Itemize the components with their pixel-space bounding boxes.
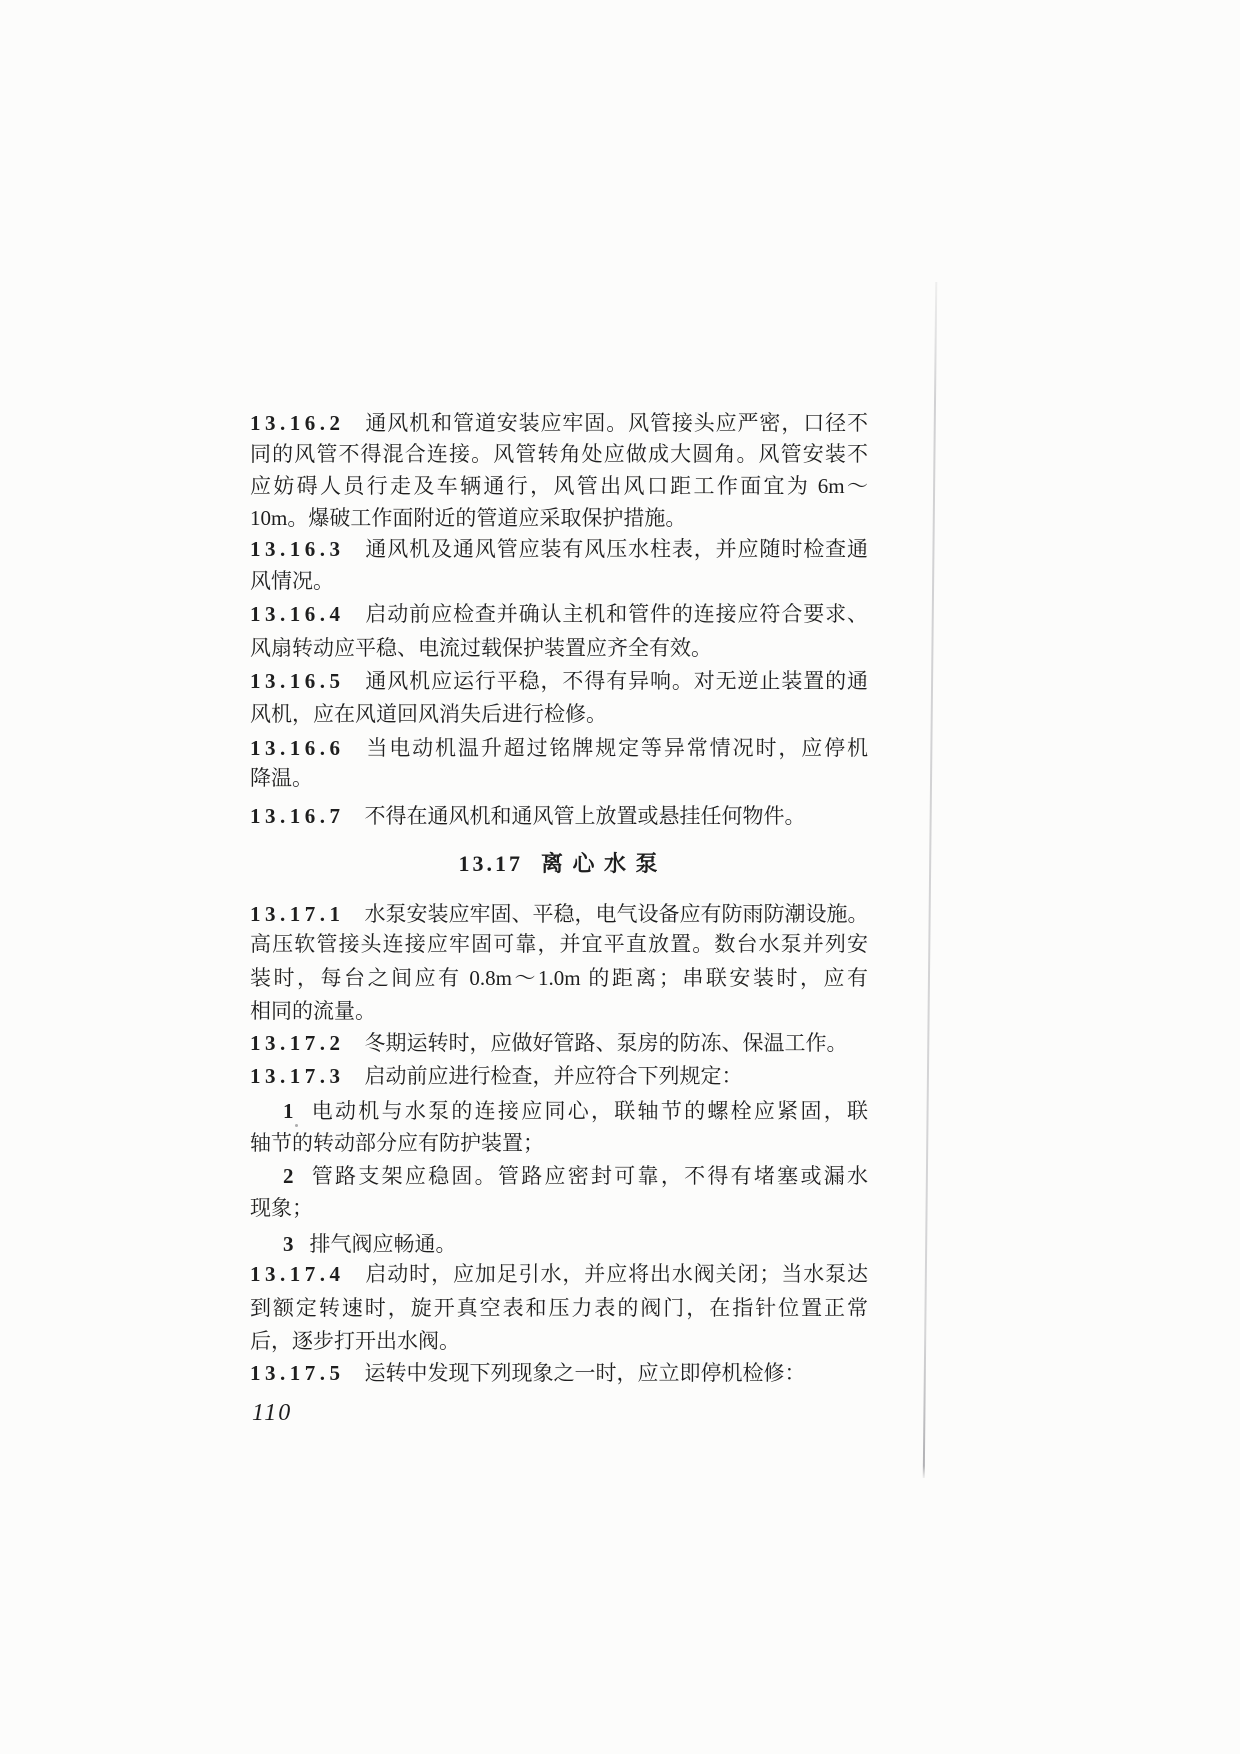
text-line: 13.17.4启动时，应加足引水，并应将出水阀关闭；当水泵达 (250, 1258, 868, 1290)
clause-number: 13.17.2 (250, 1031, 345, 1055)
clause-text: 装时，每台之间应有 0.8m～1.0m 的距离；串联安装时，应有 (250, 966, 868, 990)
text-line: 13.17.2冬期运转时，应做好管路、泵房的防冻、保温工作。 (250, 1027, 868, 1059)
section-heading-title: 离 心 水 泵 (541, 851, 660, 876)
clause-text: 10m。爆破工作面附近的管道应采取保护措施。 (250, 506, 686, 530)
text-line: 2管路支架应稳固。管路应密封可靠，不得有堵塞或漏水 (250, 1160, 868, 1192)
clause-text: 管路支架应稳固。管路应密封可靠，不得有堵塞或漏水 (310, 1164, 869, 1188)
clause-number: 13.16.6 (250, 736, 345, 760)
clause-text: 应妨碍人员行走及车辆通行，风管出风口距工作面宜为 6m～ (250, 474, 868, 498)
text-line: 现象； (250, 1192, 868, 1224)
text-line: 相同的流量。 (250, 995, 868, 1027)
clause-text: 电动机与水泵的连接应同心，联轴节的螺栓应紧固，联 (310, 1099, 869, 1123)
clause-text: 启动时，应加足引水，并应将出水阀关闭；当水泵达 (365, 1262, 869, 1286)
clause-text: 轴节的转动部分应有防护装置； (250, 1131, 544, 1155)
list-item-number: 1 (283, 1099, 294, 1123)
text-line: 装时，每台之间应有 0.8m～1.0m 的距离；串联安装时，应有 (250, 962, 868, 994)
clause-text: 通风机应运行平稳，不得有异响。对无逆止装置的通 (365, 669, 869, 693)
clause-text: 启动前应检查并确认主机和管件的连接应符合要求、 (365, 602, 869, 626)
clause-number: 13.16.2 (250, 411, 345, 435)
clause-text: 到额定转速时，旋开真空表和压力表的阀门，在指针位置正常 (250, 1296, 868, 1320)
text-line: 到额定转速时，旋开真空表和压力表的阀门，在指针位置正常 (250, 1292, 868, 1324)
scan-speck (295, 1124, 298, 1127)
text-line: 风情况。 (250, 565, 868, 597)
text-line: 13.17.3启动前应进行检查，并应符合下列规定： (250, 1060, 868, 1092)
clause-number: 13.16.5 (250, 669, 345, 693)
text-line: 风机，应在风道回风消失后进行检修。 (250, 698, 868, 730)
text-line: 应妨碍人员行走及车辆通行，风管出风口距工作面宜为 6m～ (250, 470, 868, 502)
clause-number: 13.17.1 (250, 902, 345, 926)
text-line: 13.16.3通风机及通风管应装有风压水柱表，并应随时检查通 (250, 533, 868, 565)
clause-number: 13.17.5 (250, 1361, 345, 1385)
clause-text: 排气阀应畅通。 (310, 1232, 457, 1256)
clause-text: 运转中发现下列现象之一时，应立即停机检修： (365, 1361, 806, 1385)
text-line: 10m。爆破工作面附近的管道应采取保护措施。 (250, 502, 868, 534)
clause-text: 不得在通风机和通风管上放置或悬挂任何物件。 (365, 804, 806, 828)
clause-text: 风机，应在风道回风消失后进行检修。 (250, 702, 607, 726)
text-line: 13.16.4启动前应检查并确认主机和管件的连接应符合要求、 (250, 598, 868, 630)
text-line: 降温。 (250, 762, 868, 794)
text-line: 高压软管接头连接应牢固可靠，并宜平直放置。数台水泵并列安 (250, 928, 868, 960)
text-line: 轴节的转动部分应有防护装置； (250, 1127, 868, 1159)
clause-text: 高压软管接头连接应牢固可靠，并宜平直放置。数台水泵并列安 (250, 932, 868, 956)
clause-text: 启动前应进行检查，并应符合下列规定： (365, 1064, 743, 1088)
clause-number: 13.16.3 (250, 537, 345, 561)
list-item-number: 2 (283, 1164, 294, 1188)
clause-text: 相同的流量。 (250, 999, 376, 1023)
text-line: 同的风管不得混合连接。风管转角处应做成大圆角。风管安装不 (250, 438, 868, 470)
text-line: 13.16.2通风机和管道安装应牢固。风管接头应严密，口径不 (250, 407, 868, 439)
section-heading-number: 13.17 (458, 851, 523, 876)
section-heading: 13.17离 心 水 泵 (250, 847, 868, 881)
clause-text: 同的风管不得混合连接。风管转角处应做成大圆角。风管安装不 (250, 442, 868, 466)
text-line: 13.17.5运转中发现下列现象之一时，应立即停机检修： (250, 1357, 868, 1389)
clause-text: 通风机和管道安装应牢固。风管接头应严密，口径不 (365, 411, 869, 435)
text-line: 13.17.1水泵安装应牢固、平稳，电气设备应有防雨防潮设施。 (250, 898, 868, 930)
text-line: 3排气阀应畅通。 (250, 1228, 868, 1260)
scan-edge-line (923, 282, 938, 1478)
clause-text: 冬期运转时，应做好管路、泵房的防冻、保温工作。 (365, 1031, 848, 1055)
text-line: 风扇转动应平稳、电流过载保护装置应齐全有效。 (250, 632, 868, 664)
clause-text: 通风机及通风管应装有风压水柱表，并应随时检查通 (365, 537, 869, 561)
clause-text: 风情况。 (250, 569, 334, 593)
text-line: 1电动机与水泵的连接应同心，联轴节的螺栓应紧固，联 (250, 1095, 868, 1127)
clause-text: 后，逐步打开出水阀。 (250, 1329, 460, 1353)
clause-text: 当电动机温升超过铭牌规定等异常情况时，应停机 (365, 736, 869, 760)
clause-text: 现象； (250, 1196, 313, 1220)
clause-number: 13.17.4 (250, 1262, 345, 1286)
text-line: 13.16.6当电动机温升超过铭牌规定等异常情况时，应停机 (250, 732, 868, 764)
clause-number: 13.16.7 (250, 804, 345, 828)
clause-number: 13.17.3 (250, 1064, 345, 1088)
text-line: 13.16.5通风机应运行平稳，不得有异响。对无逆止装置的通 (250, 665, 868, 697)
text-line: 后，逐步打开出水阀。 (250, 1325, 868, 1357)
page-number: 110 (252, 1396, 292, 1430)
clause-number: 13.16.4 (250, 602, 345, 626)
document-page: 13.16.2通风机和管道安装应牢固。风管接头应严密，口径不 同的风管不得混合连… (0, 0, 1240, 1754)
text-line: 13.16.7不得在通风机和通风管上放置或悬挂任何物件。 (250, 800, 868, 832)
clause-text: 风扇转动应平稳、电流过载保护装置应齐全有效。 (250, 636, 712, 660)
clause-text: 降温。 (250, 766, 313, 790)
clause-text: 水泵安装应牢固、平稳，电气设备应有防雨防潮设施。 (365, 902, 869, 926)
list-item-number: 3 (283, 1232, 294, 1256)
